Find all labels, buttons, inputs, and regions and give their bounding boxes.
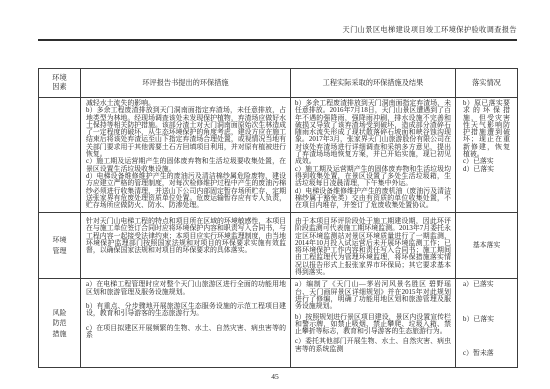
status-item: 基本落实 bbox=[463, 242, 510, 249]
paragraph: b）有重点、分步骤地开展旅游区生态服务设施的示范工程项目建设，教育和引导游客的生… bbox=[86, 303, 286, 318]
paragraph: b）多余工程废渣排放到天门洞南面指定弃渣场，未任意排放，占地类型为林地。经现场调… bbox=[86, 107, 286, 158]
results-cell: b）多余工程废渣排放到天门洞南面指定弃渣场，未任意排放。2016年7月18日，天… bbox=[291, 98, 456, 213]
table-row: 风险 防范 措施 a）在电梯工程管理时应对整个天门山旅游区进行全面的功能用地区划… bbox=[39, 279, 518, 368]
paragraph: d）电梯设备维修维护产生的废油污及清洁棉纱属危险废物，建设方应建立严格的管理制度… bbox=[86, 173, 286, 209]
paragraph: c）在项目拟建区开展频繁的生物、水土、自然灾害、病虫害等的系 bbox=[86, 325, 286, 340]
status-item: c）暂未落 bbox=[463, 350, 510, 357]
page-header: 天门山景区电梯建设项目竣工环境保护验收调查报告 bbox=[38, 25, 517, 41]
page-title: 天门山景区电梯建设项目竣工环境保护验收调查报告 bbox=[342, 26, 517, 34]
paragraph: c）委托其他部门开展生物、水土、自然灾害、病虫害等的系统监测 bbox=[295, 338, 451, 353]
measures-cell: 减轻水土流失的影响。 b）多余工程废渣排放到天门洞南面指定弃渣场，未任意排放，占… bbox=[81, 98, 291, 213]
measures-cell: a）在电梯工程管理时应对整个天门山旅游区进行全面的功能用地区划和旅游管理及服务设… bbox=[81, 279, 291, 368]
factor-cell: 风险 防范 措施 bbox=[39, 279, 81, 368]
measures-cell: 针对天门山电梯工程的特点和项目所在区域的环境敏感性，本项目在与施工单位签订合同时… bbox=[81, 213, 291, 279]
status-item: b）原已落实要求的环保措施，但受灾害性天气影响防护措施遭到破坏；现正在重新修建，… bbox=[463, 100, 510, 158]
status-cell: b）原已落实要求的环保措施，但受灾害性天气影响防护措施遭到破坏；现正在重新修建，… bbox=[456, 98, 518, 213]
status-item: b）已落实 bbox=[463, 316, 510, 323]
column-header-factor: 环境 因素 bbox=[39, 69, 81, 98]
column-header-results: 工程实际采取的环保措施及结果 bbox=[291, 69, 456, 98]
table-row: 环境 管理 针对天门山电梯工程的特点和项目所在区域的环境敏感性，本项目在与施工单… bbox=[39, 213, 518, 279]
status-cell: a）已落实 b）已落实 c）暂未落 bbox=[456, 279, 518, 368]
page-number: 45 bbox=[0, 372, 550, 381]
column-header-measures: 环评报告书提出的环保措施 bbox=[81, 69, 291, 98]
report-table: 环境 因素 环评报告书提出的环保措施 工程实际采取的环保措施及结果 落实情况 减… bbox=[38, 68, 518, 368]
table-row: 减轻水土流失的影响。 b）多余工程废渣排放到天门洞南面指定弃渣场，未任意排放，占… bbox=[39, 98, 518, 213]
results-cell: a）编制了《天门山—茅岩河风景名胜区 碧野瑶台、天门画屏景区详细规划》并在201… bbox=[291, 279, 456, 368]
column-header-status: 落实情况 bbox=[456, 69, 518, 98]
paragraph: a）在电梯工程管理时应对整个天门山旅游区进行全面的功能用地区划和旅游管理及服务设… bbox=[86, 281, 286, 296]
status-item: a）已落实 bbox=[463, 281, 510, 288]
paragraph: 针对天门山电梯工程的特点和项目所在区域的环境敏感性，本项目在与施工单位签订合同时… bbox=[86, 218, 286, 254]
paragraph: b）按照规划进行景区项目建设，景区内设置宣传栏和警示牌，如禁止吸烟、禁止攀爬、垃… bbox=[295, 314, 451, 336]
factor-cell: 环境 管理 bbox=[39, 213, 81, 279]
paragraph: a）编制了《天门山—茅岩河风景名胜区 碧野瑶台、天门画屏景区详细规划》并在201… bbox=[295, 281, 451, 310]
paragraph: 由于本项目环评阶段处于施工期建设期，因此环评阶段监测可代表施工期环境监测。201… bbox=[295, 218, 451, 276]
status-stack: a）已落实 b）已落实 c）暂未落 bbox=[463, 281, 510, 357]
paragraph: c）施工期及运营期产生的固体废弃物和生活垃圾要收集处置，在景区设置生活垃圾收集设… bbox=[86, 158, 286, 173]
paragraph: c）施工期及运营期产生的固体废弃物和生活垃圾均得到收集处置，在景区设置了多处生活… bbox=[295, 166, 451, 188]
paragraph: d）电梯设备维修维护产生的废机油（废油污及清洁棉纱属于豁免类）交由有资质的单位收… bbox=[295, 188, 451, 210]
factor-cell bbox=[39, 98, 81, 213]
status-item: c）已落实 bbox=[463, 158, 510, 165]
paragraph: b）多余工程废渣排放到天门洞南面指定弃渣场，未任意排放。2016年7月18日，天… bbox=[295, 100, 451, 166]
document-page: 天门山景区电梯建设项目竣工环境保护验收调查报告 环境 因素 环评报告书提出的环保… bbox=[0, 0, 550, 389]
table-header-row: 环境 因素 环评报告书提出的环保措施 工程实际采取的环保措施及结果 落实情况 bbox=[39, 69, 518, 98]
results-cell: 由于本项目环评阶段处于施工期建设期，因此环评阶段监测可代表施工期环境监测。201… bbox=[291, 213, 456, 279]
status-item: d）已落实 bbox=[463, 166, 510, 173]
status-cell: 基本落实 bbox=[456, 213, 518, 279]
